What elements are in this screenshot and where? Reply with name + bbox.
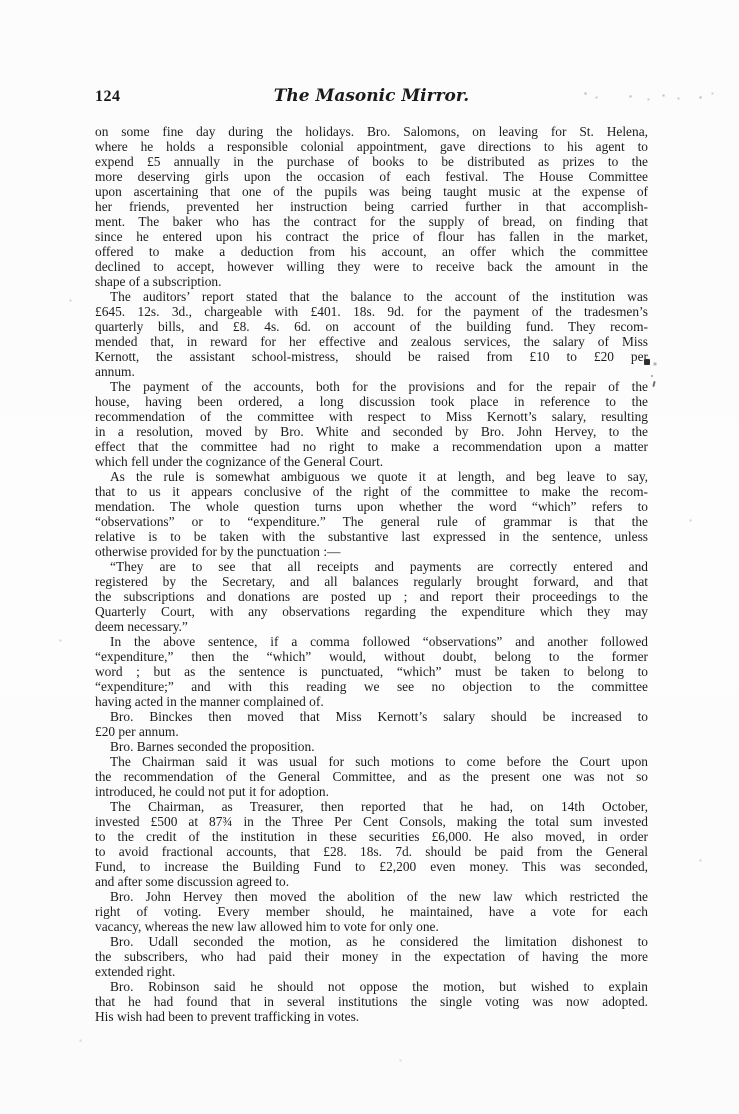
text-line: Quarterly Court, with any observations r… — [95, 604, 648, 619]
paragraph: In the above sentence, if a comma follow… — [95, 634, 648, 709]
text-line: right of voting. Every member should, he… — [95, 904, 648, 919]
text-line: that he had found that in several instit… — [95, 994, 648, 1009]
paragraph: Bro. Robinson said he should not oppose … — [95, 979, 648, 1024]
text-line: “observations” or to “expenditure.” The … — [95, 514, 648, 529]
text-line: Bro. Barnes seconded the proposition. — [95, 739, 648, 754]
text-line: Bro. Binckes then moved that Miss Kernot… — [95, 709, 648, 724]
text-line: annum. — [95, 364, 648, 379]
text-line: Bro. John Hervey then moved the abolitio… — [95, 889, 648, 904]
text-line: the subscriptions and donations are post… — [95, 589, 648, 604]
text-line: and after some discussion agreed to. — [95, 874, 648, 889]
text-line: in a resolution, moved by Bro. White and… — [95, 424, 648, 439]
text-line: ment. The baker who has the contract for… — [95, 214, 648, 229]
text-line: “expenditure;” and with this reading we … — [95, 679, 648, 694]
text-line: Fund, to increase the Building Fund to £… — [95, 859, 648, 874]
text-line: His wish had been to prevent trafficking… — [95, 1009, 648, 1024]
scanned-page: 124 The Masonic Mirror. on some fine day… — [0, 0, 739, 1114]
text-line: introduced, he could not put it for adop… — [95, 784, 648, 799]
text-line: shape of a subscription. — [95, 274, 648, 289]
scan-noise — [0, 0, 1, 1]
text-line: The auditors’ report stated that the bal… — [95, 289, 648, 304]
text-line: The payment of the accounts, both for th… — [95, 379, 648, 394]
text-line: deem necessary.” — [95, 619, 648, 634]
text-line: her friends, prevented her instruction b… — [95, 199, 648, 214]
text-line: the recommendation of the General Commit… — [95, 769, 648, 784]
paragraph: The payment of the accounts, both for th… — [95, 379, 648, 469]
paragraph: on some fine day during the holidays. Br… — [95, 124, 648, 289]
text-line: declined to accept, however willing they… — [95, 259, 648, 274]
text-line: £645. 12s. 3d., chargeable with £401. 18… — [95, 304, 648, 319]
text-line: word ; but as the sentence is punctuated… — [95, 664, 648, 679]
paragraph: The Chairman said it was usual for such … — [95, 754, 648, 799]
text-line: extended right. — [95, 964, 648, 979]
paragraph: “They are to see that all receipts and p… — [95, 559, 648, 634]
article-body: on some fine day during the holidays. Br… — [95, 124, 648, 1024]
page-header: 124 The Masonic Mirror. — [95, 86, 648, 108]
text-line: having acted in the manner complained of… — [95, 694, 648, 709]
text-line: house, having been ordered, a long discu… — [95, 394, 648, 409]
text-line: In the above sentence, if a comma follow… — [95, 634, 648, 649]
text-line: vacancy, whereas the new law allowed him… — [95, 919, 648, 934]
text-line: Kernott, the assistant school-mistress, … — [95, 349, 648, 364]
text-line: on some fine day during the holidays. Br… — [95, 124, 648, 139]
text-line: quarterly bills, and £8. 4s. 6d. on acco… — [95, 319, 648, 334]
text-line: invested £500 at 87¾ in the Three Per Ce… — [95, 814, 648, 829]
text-line: effect that the committee had no right t… — [95, 439, 648, 454]
text-line: £20 per annum. — [95, 724, 648, 739]
paragraph: Bro. Barnes seconded the proposition. — [95, 739, 648, 754]
journal-title: The Masonic Mirror. — [95, 86, 648, 106]
text-line: that to us it appears conclusive of the … — [95, 484, 648, 499]
text-line: to the credit of the institution in thes… — [95, 829, 648, 844]
text-line: to avoid fractional accounts, that £28. … — [95, 844, 648, 859]
text-line: more deserving girls upon the occasion o… — [95, 169, 648, 184]
text-line: upon ascertaining that one of the pupils… — [95, 184, 648, 199]
scan-artifact — [652, 381, 655, 387]
text-line: “expenditure,” then the “which” would, w… — [95, 649, 648, 664]
paragraph: The Chairman, as Treasurer, then reporte… — [95, 799, 648, 889]
paragraph: The auditors’ report stated that the bal… — [95, 289, 648, 379]
text-line: As the rule is somewhat ambiguous we quo… — [95, 469, 648, 484]
text-line: mended that, in reward for her effective… — [95, 334, 648, 349]
paragraph: As the rule is somewhat ambiguous we quo… — [95, 469, 648, 559]
text-line: otherwise provided for by the punctuatio… — [95, 544, 648, 559]
text-line: offered to make a deduction from his acc… — [95, 244, 648, 259]
text-line: “They are to see that all receipts and p… — [95, 559, 648, 574]
text-line: since he entered upon his contract the p… — [95, 229, 648, 244]
text-line: relative is to be taken with the substan… — [95, 529, 648, 544]
text-line: the subscribers, who had paid their mone… — [95, 949, 648, 964]
text-line: Bro. Udall seconded the motion, as he co… — [95, 934, 648, 949]
scan-artifact — [644, 359, 650, 365]
text-line: The Chairman said it was usual for such … — [95, 754, 648, 769]
text-line: recommendation of the committee with res… — [95, 409, 648, 424]
text-line: registered by the Secretary, and all bal… — [95, 574, 648, 589]
paragraph: Bro. Binckes then moved that Miss Kernot… — [95, 709, 648, 739]
text-line: where he holds a responsible colonial ap… — [95, 139, 648, 154]
text-line: expend £5 annually in the purchase of bo… — [95, 154, 648, 169]
text-line: Bro. Robinson said he should not oppose … — [95, 979, 648, 994]
paragraph: Bro. John Hervey then moved the abolitio… — [95, 889, 648, 934]
scan-artifact — [651, 375, 653, 377]
text-line: The Chairman, as Treasurer, then reporte… — [95, 799, 648, 814]
text-line: which fell under the cognizance of the G… — [95, 454, 648, 469]
text-line: mendation. The whole question turns upon… — [95, 499, 648, 514]
paragraph: Bro. Udall seconded the motion, as he co… — [95, 934, 648, 979]
